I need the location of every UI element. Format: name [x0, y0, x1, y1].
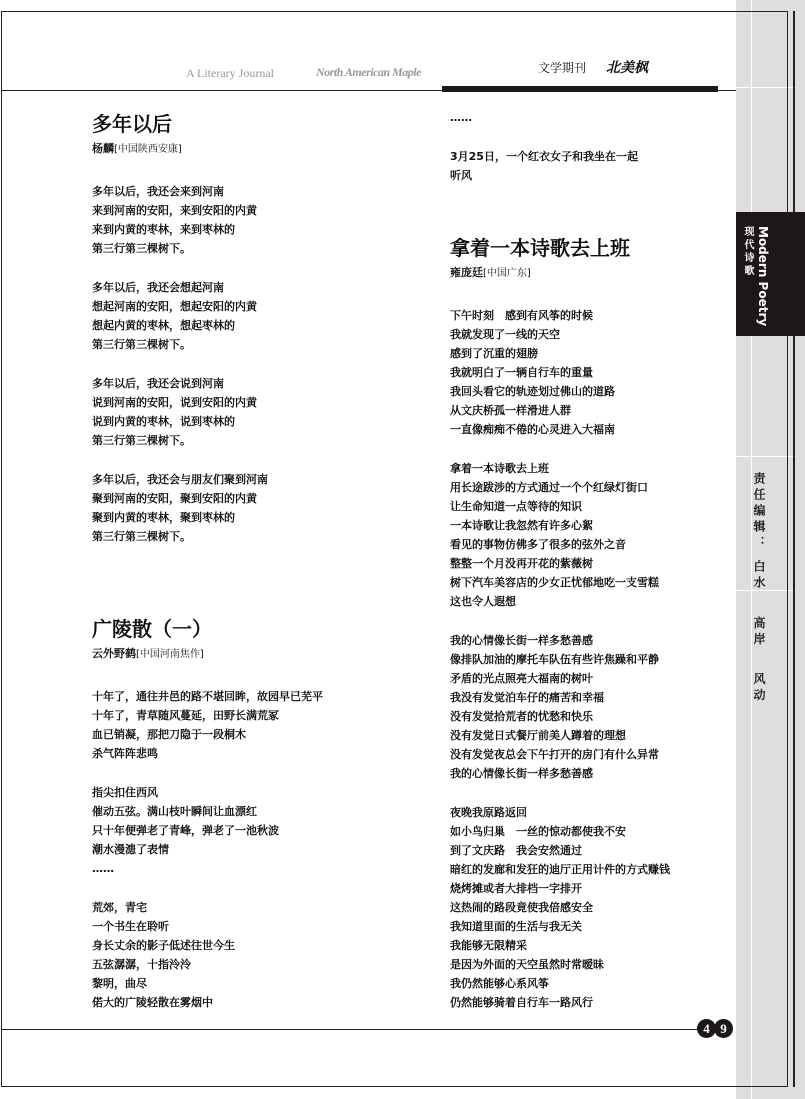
poem-line: 下午时刻 感到有风筝的时候 — [450, 306, 730, 325]
poem-line: 树下汽车美容店的少女正忧郁地吃一支雪糕 — [450, 573, 730, 592]
poem-line: 看见的事物仿佛多了很多的弦外之音 — [450, 535, 730, 554]
author-name: 杨麟 — [92, 142, 114, 155]
poem: 拿着一本诗歌去上班 雍庞廷[中国广东] 下午时刻 感到有风筝的时候 我就发现了一… — [450, 235, 730, 1012]
poem-line: 催动五弦。满山枝叶瞬间让血漂红 — [92, 802, 422, 821]
poem-line: 想起河南的安阳，想起安阳的内黄 — [92, 297, 422, 316]
poem-line: 多年以后，我还会来到河南 — [92, 182, 422, 201]
poem: 广陵散（一） 云外野鹤[中国河南焦作] 十年了，通往井邑的路不堪回眸，故园早已芜… — [92, 616, 422, 1012]
poem-line: …… — [92, 859, 422, 878]
poem-line: 血已销凝，那把刀隐于一段桐木 — [92, 725, 422, 744]
poem-line: 指尖扣住西风 — [92, 783, 422, 802]
editors-label: 责任编辑： — [752, 472, 766, 552]
poem-line: 我能够无限精采 — [450, 936, 730, 955]
poem-line: 我的心情像长街一样多愁善感 — [450, 631, 730, 650]
journal-logo: 北美枫 — [606, 57, 648, 77]
poem-line: 十年了，通往井邑的路不堪回眸，故园早已芜平 — [92, 687, 422, 706]
poem-line: 多年以后，我还会说到河南 — [92, 374, 422, 393]
poem-line: 我就发现了一线的天空 — [450, 325, 730, 344]
poem-line: 感到了沉重的翅膀 — [450, 344, 730, 363]
section-label-cn: 现代诗歌 — [740, 226, 755, 278]
stanza: 指尖扣住西风 催动五弦。满山枝叶瞬间让血漂红 只十年便弹老了青峰，弹老了一池秋波… — [92, 783, 422, 878]
editors-credit: 责任编辑： 白水 高岸 风动 — [752, 472, 766, 705]
editor-name: 高岸 — [752, 616, 766, 648]
page-number: 4 9 — [697, 1019, 731, 1038]
poem-line: 说到内黄的枣林，说到枣林的 — [92, 412, 422, 431]
poem-line: 拿着一本诗歌去上班 — [450, 459, 730, 478]
poem-line: 暗红的发廊和发狂的迪厅正用计件的方式赚钱 — [450, 860, 730, 879]
poem-line: 3月25日，一个红衣女子和我坐在一起 — [450, 147, 730, 166]
journal-name-script: North American Maple — [316, 65, 421, 80]
poem-line: 多年以后，我还会想起河南 — [92, 278, 422, 297]
poem-line: 一直像痴痴不倦的心灵进入大福南 — [450, 420, 730, 439]
poem-line: 这也令人遐想 — [450, 592, 730, 611]
poem-author: 杨麟[中国陕西安康] — [92, 141, 422, 158]
poem-line: 第三行第三棵树下。 — [92, 335, 422, 354]
poem-title: 广陵散（一） — [92, 616, 422, 642]
poem-line: 杀气阵阵悲鸣 — [92, 744, 422, 763]
stanza: 多年以后，我还会与朋友们聚到河南 聚到河南的安阳，聚到安阳的内黄 聚到内黄的枣林… — [92, 470, 422, 546]
poem-line: 像排队加油的摩托车队伍有些许焦躁和平静 — [450, 650, 730, 669]
poem-line: 矛盾的光点照亮大福南的树叶 — [450, 669, 730, 688]
poem-line: 让生命知道一点等待的知识 — [450, 497, 730, 516]
section-label-en: Modern Poetry — [756, 226, 770, 326]
poem-line: 想起内黄的枣林，想起枣林的 — [92, 316, 422, 335]
poem-line: 只十年便弹老了青峰，弹老了一池秋波 — [92, 821, 422, 840]
poem-line: 一本诗歌让我忽然有许多心絮 — [450, 516, 730, 535]
poem-line: 用长途跋涉的方式通过一个个红绿灯街口 — [450, 478, 730, 497]
poem-line: 偌大的广陵轻散在雾烟中 — [92, 993, 422, 1012]
poem-line: 来到内黄的枣林，来到枣林的 — [92, 220, 422, 239]
stanza: 荒郊，青宅 一个书生在聆听 身长丈余的影子低述往世今生 五弦潺潺，十指泠泠 黎明… — [92, 898, 422, 1012]
poem-line: 我知道里面的生活与我无关 — [450, 917, 730, 936]
poem-line: 潮水漫漶了表情 — [92, 840, 422, 859]
poem-line: 没有发觉日式餐厅前美人蹲着的理想 — [450, 726, 730, 745]
poem-line: 聚到内黄的枣林，聚到枣林的 — [92, 508, 422, 527]
stanza: 多年以后，我还会来到河南 来到河南的安阳，来到安阳的内黄 来到内黄的枣林，来到枣… — [92, 182, 422, 258]
poem-line: 身长丈余的影子低述往世今生 — [92, 936, 422, 955]
poem: 多年以后 杨麟[中国陕西安康] 多年以后，我还会来到河南 来到河南的安阳，来到安… — [92, 111, 422, 546]
stanza: 多年以后，我还会想起河南 想起河南的安阳，想起安阳的内黄 想起内黄的枣林，想起枣… — [92, 278, 422, 354]
poem-author: 云外野鹤[中国河南焦作] — [92, 646, 422, 663]
stanza: 下午时刻 感到有风筝的时候 我就发现了一线的天空 感到了沉重的翅膀 我就明白了一… — [450, 306, 730, 439]
poem-line: 这热闹的路段竟使我倍感安全 — [450, 898, 730, 917]
poem-line: 整整一个月没再开花的紫薇树 — [450, 554, 730, 573]
poem-line: 没有发觉夜总会下午打开的房门有什么异常 — [450, 745, 730, 764]
poem-line: …… — [450, 108, 730, 127]
poem-author: 雍庞廷[中国广东] — [450, 265, 730, 282]
poem-line: 我回头看它的轨迹划过佛山的道路 — [450, 382, 730, 401]
poem-line: 第三行第三棵树下。 — [92, 239, 422, 258]
editor-name: 白水 — [752, 560, 766, 592]
stanza: 我的心情像长街一样多愁善感 像排队加油的摩托车队伍有些许焦躁和平静 矛盾的光点照… — [450, 631, 730, 783]
poem-line: 没有发觉拾荒者的忧愁和快乐 — [450, 707, 730, 726]
poem-title: 多年以后 — [92, 111, 422, 137]
frame-right-edge — [793, 11, 795, 1087]
stanza: 夜晚我原路返回 如小鸟归巢 一丝的惊动都使我不安 到了文庆路 我会安然通过 暗红… — [450, 803, 730, 1012]
stanza: 3月25日，一个红衣女子和我坐在一起 听风 — [450, 147, 730, 185]
editor-name: 风动 — [752, 673, 766, 705]
poem-line: 我没有发觉泊车仔的痛苦和幸福 — [450, 688, 730, 707]
poem-line: 到了文庆路 我会安然通过 — [450, 841, 730, 860]
poem-line: 第三行第三棵树下。 — [92, 431, 422, 450]
author-location: [中国陕西安康] — [114, 144, 182, 155]
author-name: 雍庞廷 — [450, 266, 483, 279]
author-location: [中国河南焦作] — [136, 649, 204, 660]
stanza: 十年了，通往井邑的路不堪回眸，故园早已芜平 十年了，青草随风蔓延，田野长满荒冢 … — [92, 687, 422, 763]
poem-line: 夜晚我原路返回 — [450, 803, 730, 822]
poem-line: 我仍然能够心系风筝 — [450, 974, 730, 993]
poem-line: 荒郊，青宅 — [92, 898, 422, 917]
left-column: 多年以后 杨麟[中国陕西安康] 多年以后，我还会来到河南 来到河南的安阳，来到安… — [92, 111, 422, 1012]
poem-line: 黎明，曲尽 — [92, 974, 422, 993]
poem-line: 听风 — [450, 166, 730, 185]
author-name: 云外野鹤 — [92, 647, 136, 660]
poem-continuation: …… 3月25日，一个红衣女子和我坐在一起 听风 — [450, 108, 730, 185]
journal-name-cn: 文学期刊 — [538, 59, 586, 76]
poem-line: 如小鸟归巢 一丝的惊动都使我不安 — [450, 822, 730, 841]
poem-line: 多年以后，我还会与朋友们聚到河南 — [92, 470, 422, 489]
poem-line: 是因为外面的天空虽然时常暧昧 — [450, 955, 730, 974]
poem-line: 我的心情像长街一样多愁善感 — [450, 764, 730, 783]
footer-rule — [1, 1029, 701, 1030]
poem-line: 我就明白了一辆自行车的重量 — [450, 363, 730, 382]
poem-line: 从文庆桥孤一样滑进人群 — [450, 401, 730, 420]
poem-line: 仍然能够骑着自行车一路风行 — [450, 993, 730, 1012]
poem-title: 拿着一本诗歌去上班 — [450, 235, 730, 261]
poem-line: 第三行第三棵树下。 — [92, 527, 422, 546]
poem-line: 十年了，青草随风蔓延，田野长满荒冢 — [92, 706, 422, 725]
right-column: …… 3月25日，一个红衣女子和我坐在一起 听风 拿着一本诗歌去上班 雍庞廷[中… — [450, 108, 730, 1012]
poem-line: 五弦潺潺，十指泠泠 — [92, 955, 422, 974]
header-bar — [442, 86, 718, 92]
stanza: 拿着一本诗歌去上班 用长途跋涉的方式通过一个个红绿灯街口 让生命知道一点等待的知… — [450, 459, 730, 611]
poem-line: 说到河南的安阳，说到安阳的内黄 — [92, 393, 422, 412]
stanza: 多年以后，我还会说到河南 说到河南的安阳，说到安阳的内黄 说到内黄的枣林，说到枣… — [92, 374, 422, 450]
journal-name-en: A Literary Journal — [186, 66, 274, 81]
author-location: [中国广东] — [483, 268, 531, 279]
poem-line: 来到河南的安阳，来到安阳的内黄 — [92, 201, 422, 220]
poem-line: 一个书生在聆听 — [92, 917, 422, 936]
poem-line: 聚到河南的安阳，聚到安阳的内黄 — [92, 489, 422, 508]
page-digit: 9 — [714, 1019, 733, 1038]
poem-line: 烧烤摊或者大排档一字排开 — [450, 879, 730, 898]
